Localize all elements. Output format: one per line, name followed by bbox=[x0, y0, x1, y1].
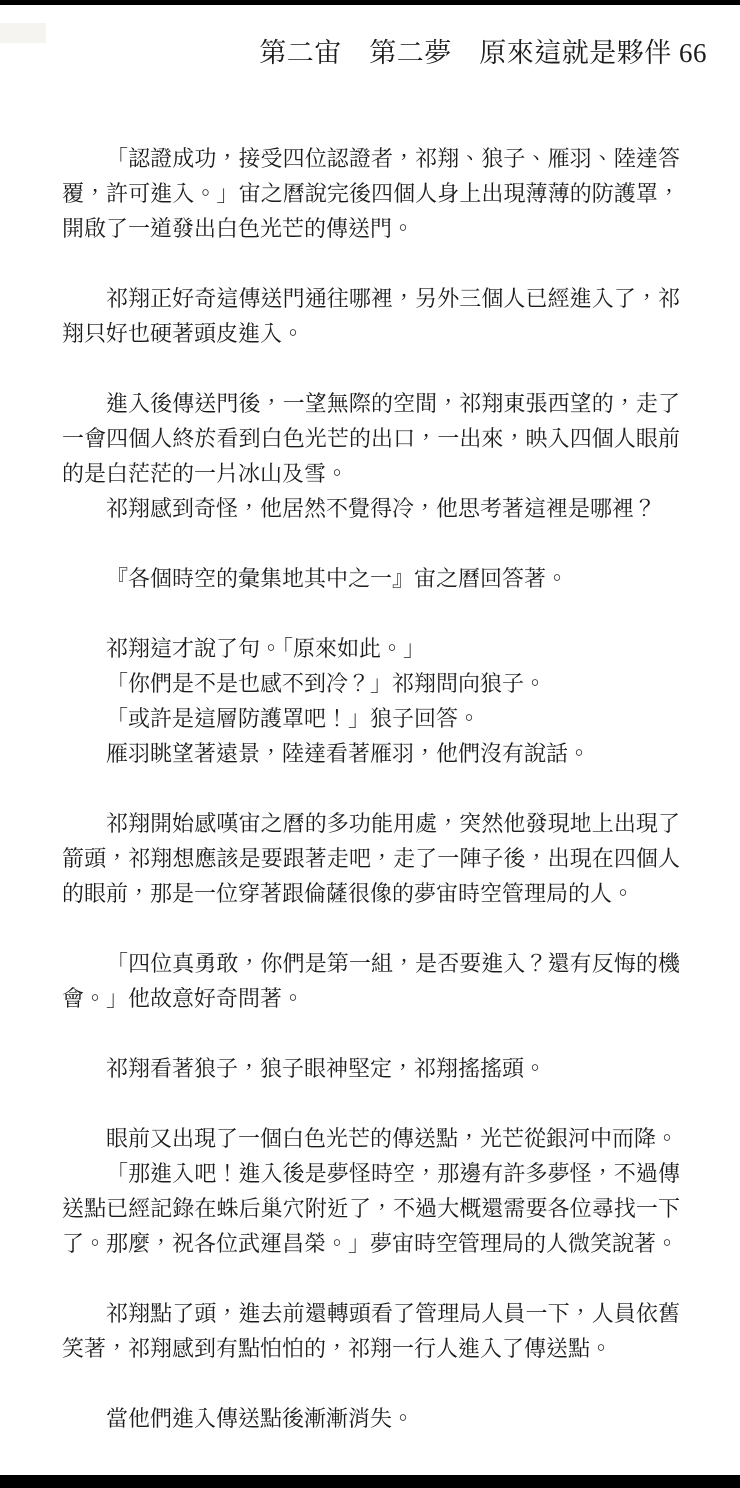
paragraph: 「那進入吧！進入後是夢怪時空，那邊有許多夢怪，不過傳送點已經記錄在蛛后巢穴附近了… bbox=[62, 1156, 680, 1261]
chapter-title: 第二宙 第二夢 原來這就是夥伴 66 bbox=[0, 31, 707, 70]
paragraph: 進入後傳送門後，一望無際的空間，祁翔東張西望的，走了一會四個人終於看到白色光芒的… bbox=[62, 386, 680, 491]
paragraph: 祁翔開始感嘆宙之曆的多功能用處，突然他發現地上出現了箭頭，祁翔想應該是要跟著走吧… bbox=[62, 806, 680, 911]
paragraph: 當他們進入傳送點後漸漸消失。 bbox=[62, 1401, 680, 1436]
paragraph: 雁羽眺望著遠景，陸達看著雁羽，他們沒有說話。 bbox=[62, 736, 680, 771]
paragraph: 眼前又出現了一個白色光芒的傳送點，光芒從銀河中而降。 bbox=[62, 1121, 680, 1156]
paragraph: 祁翔正好奇這傳送門通往哪裡，另外三個人已經進入了，祁翔只好也硬著頭皮進入。 bbox=[62, 281, 680, 351]
top-black-bar bbox=[0, 0, 740, 5]
paragraph: 祁翔這才說了句。「原來如此。」 bbox=[62, 631, 680, 666]
book-page-text: 「認證成功，接受四位認證者，祁翔、狼子、雁羽、陸達答覆，許可進入。」宙之曆說完後… bbox=[62, 141, 680, 1436]
paragraph: 祁翔看著狼子，狼子眼神堅定，祁翔搖搖頭。 bbox=[62, 1051, 680, 1086]
paragraph: 「你們是不是也感不到冷？」祁翔問向狼子。 bbox=[62, 666, 680, 701]
paragraph: 「四位真勇敢，你們是第一組，是否要進入？還有反悔的機會。」他故意好奇問著。 bbox=[62, 946, 680, 1016]
paragraph: 『各個時空的彙集地其中之一』宙之曆回答著。 bbox=[62, 561, 680, 596]
paragraph: 「或許是這層防護罩吧！」狼子回答。 bbox=[62, 701, 680, 736]
paragraph: 祁翔點了頭，進去前還轉頭看了管理局人員一下，人員依舊笑著，祁翔感到有點怕怕的，祁… bbox=[62, 1296, 680, 1366]
paragraph: 祁翔感到奇怪，他居然不覺得冷，他思考著這裡是哪裡？ bbox=[62, 491, 680, 526]
paragraph: 「認證成功，接受四位認證者，祁翔、狼子、雁羽、陸達答覆，許可進入。」宙之曆說完後… bbox=[62, 141, 680, 246]
bottom-black-bar bbox=[0, 1475, 740, 1488]
